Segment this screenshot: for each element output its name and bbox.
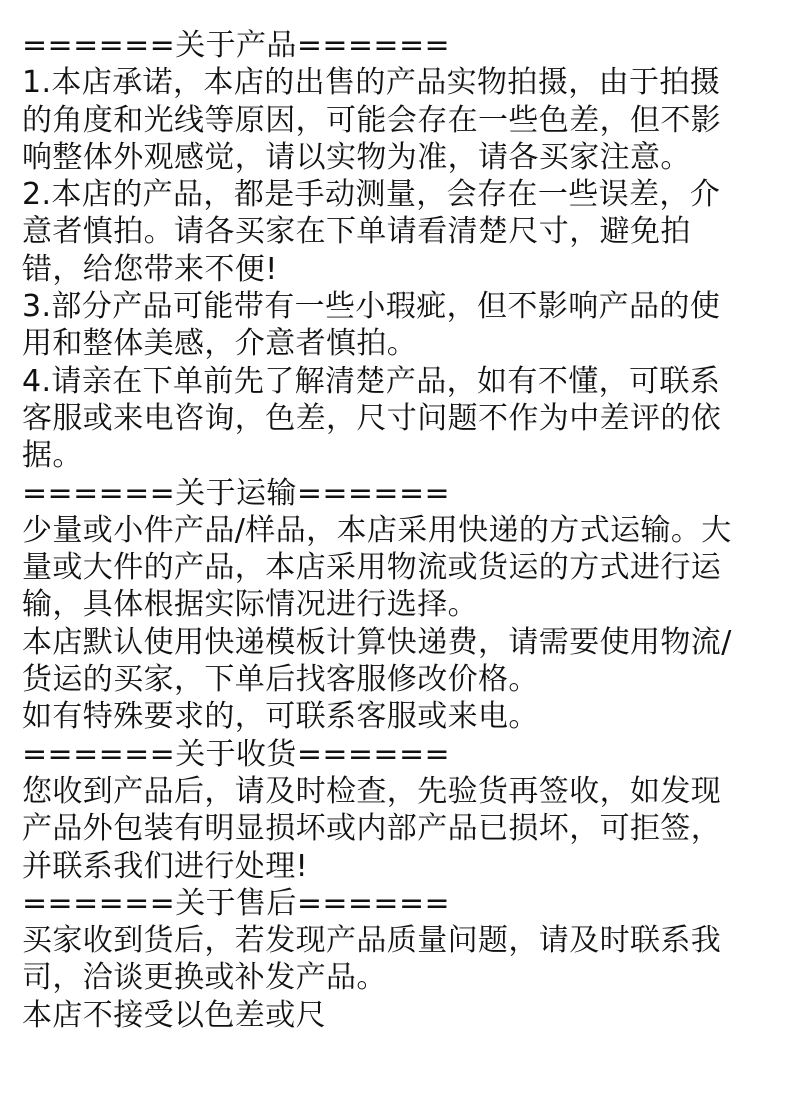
- policy-line: 本店不接受以色差或尺: [22, 997, 782, 1034]
- policy-line: 您收到产品后，请及时检查，先验货再签收，如发现: [22, 773, 782, 810]
- policy-line: 4.请亲在下单前先了解清楚产品，如有不懂，可联系: [22, 363, 782, 400]
- policy-line: 2.本店的产品，都是手动测量，会存在一些误差，介: [22, 176, 782, 213]
- policy-line: 输，具体根据实际情况进行选择。: [22, 586, 782, 623]
- policy-line: 如有特殊要求的，可联系客服或来电。: [22, 698, 782, 735]
- policy-line: 响整体外观感觉，请以实物为准，请各买家注意。: [22, 139, 782, 176]
- policy-line: 据。: [22, 437, 782, 474]
- policy-line: 客服或来电咨询，色差，尺寸问题不作为中差评的依: [22, 400, 782, 437]
- section-heading-after-sales: ======关于售后======: [22, 885, 782, 922]
- policy-line: 产品外包装有明显损坏或内部产品已损坏，可拒签，: [22, 810, 782, 847]
- policy-line: 1.本店承诺，本店的出售的产品实物拍摄，由于拍摄: [22, 64, 782, 101]
- policy-line: 本店默认使用快递模板计算快递费，请需要使用物流/: [22, 624, 782, 661]
- policy-line: 意者慎拍。请各买家在下单请看清楚尺寸，避免拍: [22, 213, 782, 250]
- policy-line: 量或大件的产品，本店采用物流或货运的方式进行运: [22, 549, 782, 586]
- section-about-after-sales: ======关于售后====== 买家收到货后，若发现产品质量问题，请及时联系我…: [22, 885, 782, 1034]
- section-about-receiving: ======关于收货====== 您收到产品后，请及时检查，先验货再签收，如发现…: [22, 736, 782, 885]
- policy-line: 的角度和光线等原因，可能会存在一些色差，但不影: [22, 102, 782, 139]
- policy-line: 错，给您带来不便!: [22, 251, 782, 288]
- store-policy-document: ======关于产品====== 1.本店承诺，本店的出售的产品实物拍摄，由于拍…: [22, 27, 782, 1034]
- section-heading-product: ======关于产品======: [22, 27, 782, 64]
- section-about-product: ======关于产品====== 1.本店承诺，本店的出售的产品实物拍摄，由于拍…: [22, 27, 782, 475]
- policy-line: 用和整体美感，介意者慎拍。: [22, 325, 782, 362]
- policy-line: 并联系我们进行处理!: [22, 848, 782, 885]
- policy-line: 买家收到货后，若发现产品质量问题，请及时联系我: [22, 922, 782, 959]
- section-heading-receiving: ======关于收货======: [22, 736, 782, 773]
- section-heading-shipping: ======关于运输======: [22, 475, 782, 512]
- policy-line: 货运的买家，下单后找客服修改价格。: [22, 661, 782, 698]
- section-about-shipping: ======关于运输====== 少量或小件产品/样品，本店采用快递的方式运输。…: [22, 475, 782, 736]
- policy-line: 少量或小件产品/样品，本店采用快递的方式运输。大: [22, 512, 782, 549]
- policy-line: 3.部分产品可能带有一些小瑕疵，但不影响产品的使: [22, 288, 782, 325]
- policy-line: 司，洽谈更换或补发产品。: [22, 959, 782, 996]
